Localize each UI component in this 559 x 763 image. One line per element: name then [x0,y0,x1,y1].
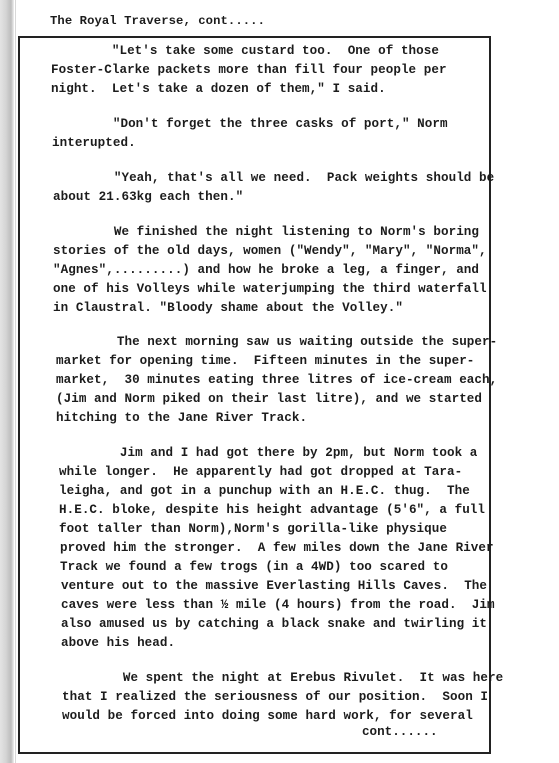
text-line: market for opening time. Fifteen minutes… [56,354,474,368]
text-line: venture out to the massive Everlasting H… [61,579,487,593]
text-line: interupted. [52,136,136,150]
text-line: would be forced into doing some hard wor… [62,709,473,723]
text-line: night. Let's take a dozen of them," I sa… [51,82,386,96]
page-binding-strip [0,0,14,763]
text-line: We finished the night listening to Norm'… [53,225,479,239]
page-binding-edge [15,0,16,763]
text-line: caves were less than ½ mile (4 hours) fr… [61,598,495,612]
text-line: "Agnes",.........) and how he broke a le… [53,263,479,277]
text-line: stories of the old days, women ("Wendy",… [53,244,487,258]
text-line: foot taller than Norm),Norm's gorilla-li… [59,522,447,536]
text-line: Track we found a few trogs (in a 4WD) to… [60,560,448,574]
document-title: The Royal Traverse, cont..... [50,14,265,28]
text-line: proved him the stronger. A few miles dow… [60,541,494,555]
text-line: "Yeah, that's all we need. Pack weights … [53,171,494,185]
text-line: (Jim and Norm piked on their last litre)… [56,392,482,406]
text-line: also amused us by catching a black snake… [61,617,487,631]
text-line: "Let's take some custard too. One of tho… [51,44,439,58]
text-line: one of his Volleys while waterjumping th… [53,282,487,296]
text-line: Foster-Clarke packets more than fill fou… [51,63,447,77]
text-line: The next morning saw us waiting outside … [56,335,497,349]
text-line: hitching to the Jane River Track. [56,411,307,425]
text-line: We spent the night at Erebus Rivulet. It… [62,671,503,685]
text-line: leigha, and got in a punchup with an H.E… [59,484,470,498]
text-line: H.E.C. bloke, despite his height advanta… [59,503,485,517]
text-line: Jim and I had got there by 2pm, but Norm… [59,446,477,460]
text-line: above his head. [61,636,175,650]
text-line: market, 30 minutes eating three litres o… [56,373,497,387]
text-line: in Claustral. "Bloody shame about the Vo… [53,301,403,315]
text-line: while longer. He apparently had got drop… [59,465,462,479]
text-line: that I realized the seriousness of our p… [62,690,488,704]
text-line: "Don't forget the three casks of port," … [52,117,448,131]
text-line: about 21.63kg each then." [53,190,243,204]
continuation-marker: cont...... [362,725,438,739]
